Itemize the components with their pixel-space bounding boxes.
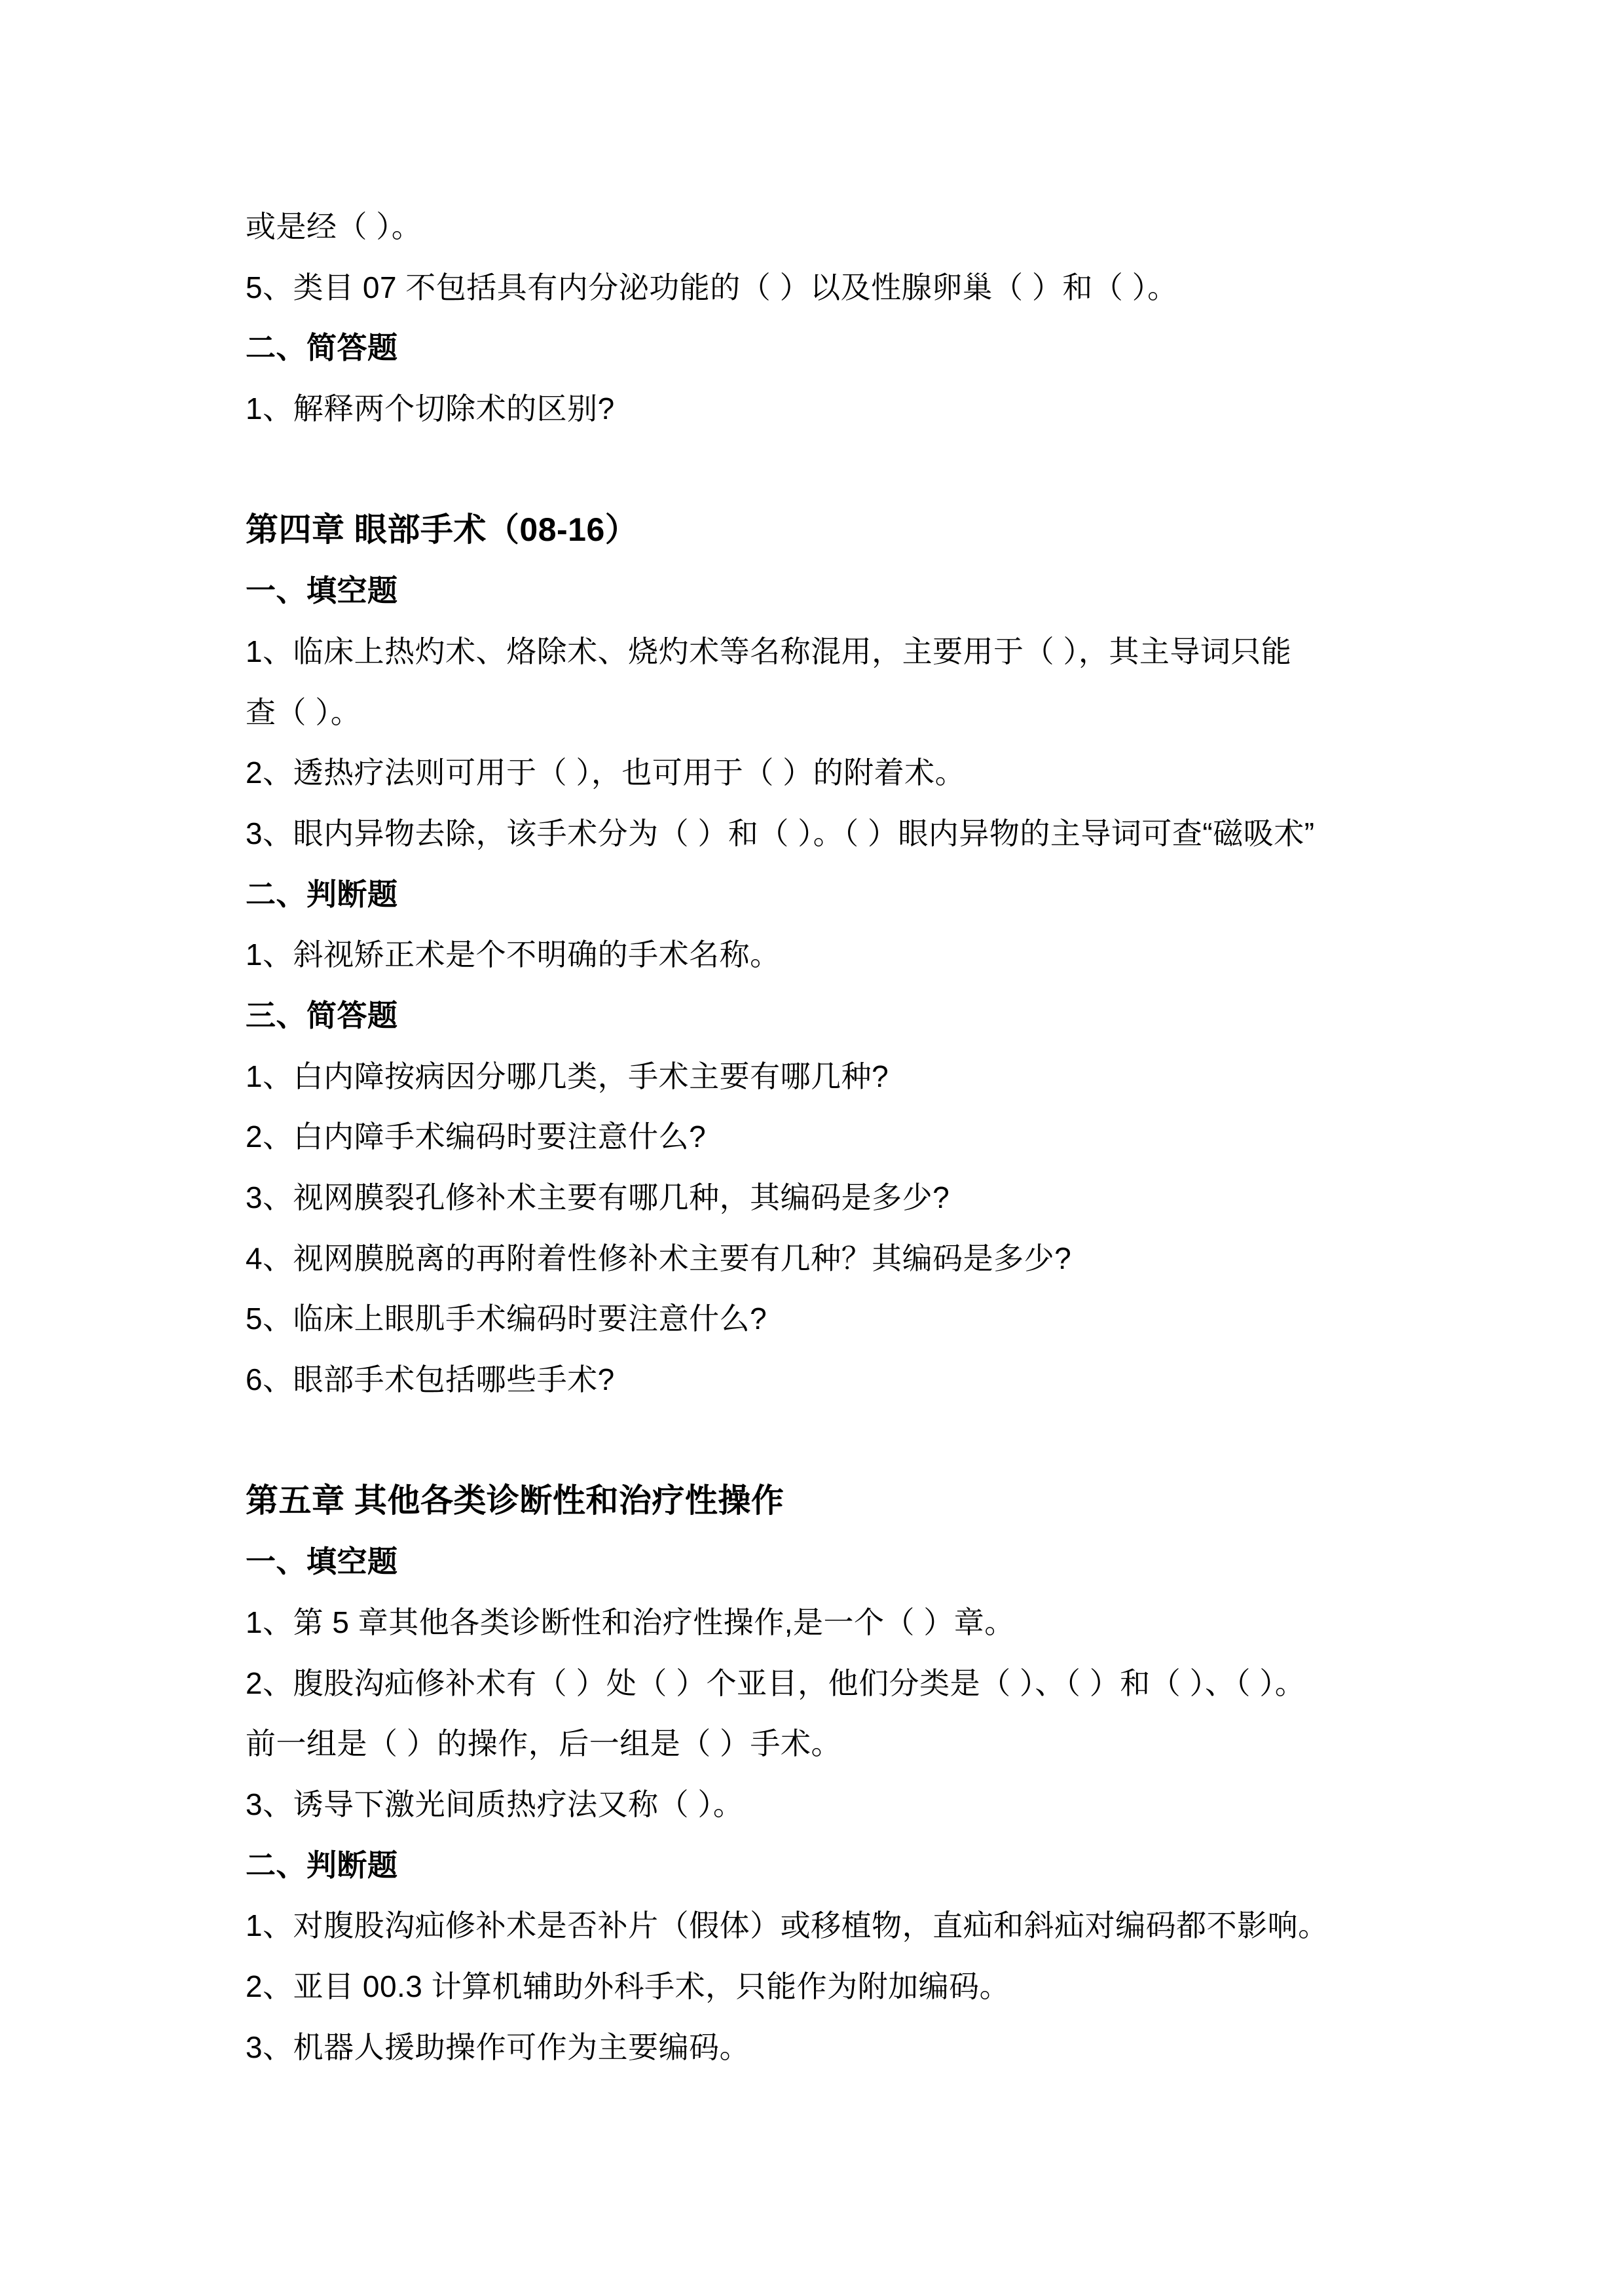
question-line: 3、视网膜裂孔修补术主要有哪几种，其编码是多少?	[246, 1167, 1398, 1228]
question-line-continuation: 查（ ）。	[246, 682, 1398, 743]
question-line: 5、临床上眼肌手术编码时要注意什么?	[246, 1288, 1398, 1349]
blank-line	[246, 439, 1398, 500]
blank-line	[246, 1410, 1398, 1471]
continuation-line: 或是经（ ）。	[246, 196, 1398, 257]
question-line: 1、临床上热灼术、烙除术、烧灼术等名称混用，主要用于（ ），其主导词只能	[246, 621, 1398, 682]
question-line: 1、第 5 章其他各类诊断性和治疗性操作,是一个（ ）章。	[246, 1592, 1398, 1653]
question-line: 1、对腹股沟疝修补术是否补片（假体）或移植物，直疝和斜疝对编码都不影响。	[246, 1895, 1398, 1956]
section-heading-judgment: 二、判断题	[246, 864, 1398, 925]
question-line: 3、眼内异物去除，该手术分为（ ）和（ ）。（ ）眼内异物的主导词可查“磁吸术”	[246, 803, 1398, 864]
question-line: 3、机器人援助操作可作为主要编码。	[246, 2017, 1398, 2078]
section-heading-fill-blank: 一、填空题	[246, 560, 1398, 621]
section-heading-short-answer: 三、简答题	[246, 985, 1398, 1046]
document-page: 或是经（ ）。 5、类目 07 不包括具有内分泌功能的（ ）以及性腺卵巢（ ）和…	[246, 196, 1398, 2077]
question-line: 1、斜视矫正术是个不明确的手术名称。	[246, 924, 1398, 985]
question-line: 3、诱导下激光间质热疗法又称（ ）。	[246, 1774, 1398, 1835]
question-line: 2、白内障手术编码时要注意什么?	[246, 1106, 1398, 1167]
chapter-title-4: 第四章 眼部手术（08-16）	[246, 500, 1398, 560]
question-line: 2、透热疗法则可用于（ ），也可用于（ ）的附着术。	[246, 742, 1398, 803]
question-line: 4、视网膜脱离的再附着性修补术主要有几种？其编码是多少?	[246, 1228, 1398, 1289]
chapter-title-5: 第五章 其他各类诊断性和治疗性操作	[246, 1470, 1398, 1531]
question-line-continuation: 前一组是（ ）的操作，后一组是（ ）手术。	[246, 1713, 1398, 1774]
question-line: 2、腹股沟疝修补术有（ ）处（ ）个亚目，他们分类是（ ）、（ ）和（ ）、（ …	[246, 1653, 1398, 1714]
section-heading-judgment: 二、判断题	[246, 1835, 1398, 1896]
question-line: 6、眼部手术包括哪些手术?	[246, 1349, 1398, 1410]
fill-question-line: 5、类目 07 不包括具有内分泌功能的（ ）以及性腺卵巢（ ）和（ ）。	[246, 257, 1398, 318]
question-line: 2、亚目 00.3 计算机辅助外科手术，只能作为附加编码。	[246, 1956, 1398, 2017]
section-heading-fill-blank: 一、填空题	[246, 1531, 1398, 1592]
section-heading-short-answer: 二、简答题	[246, 318, 1398, 378]
question-line: 1、解释两个切除术的区别?	[246, 378, 1398, 439]
question-line: 1、白内障按病因分哪几类，手术主要有哪几种?	[246, 1046, 1398, 1107]
